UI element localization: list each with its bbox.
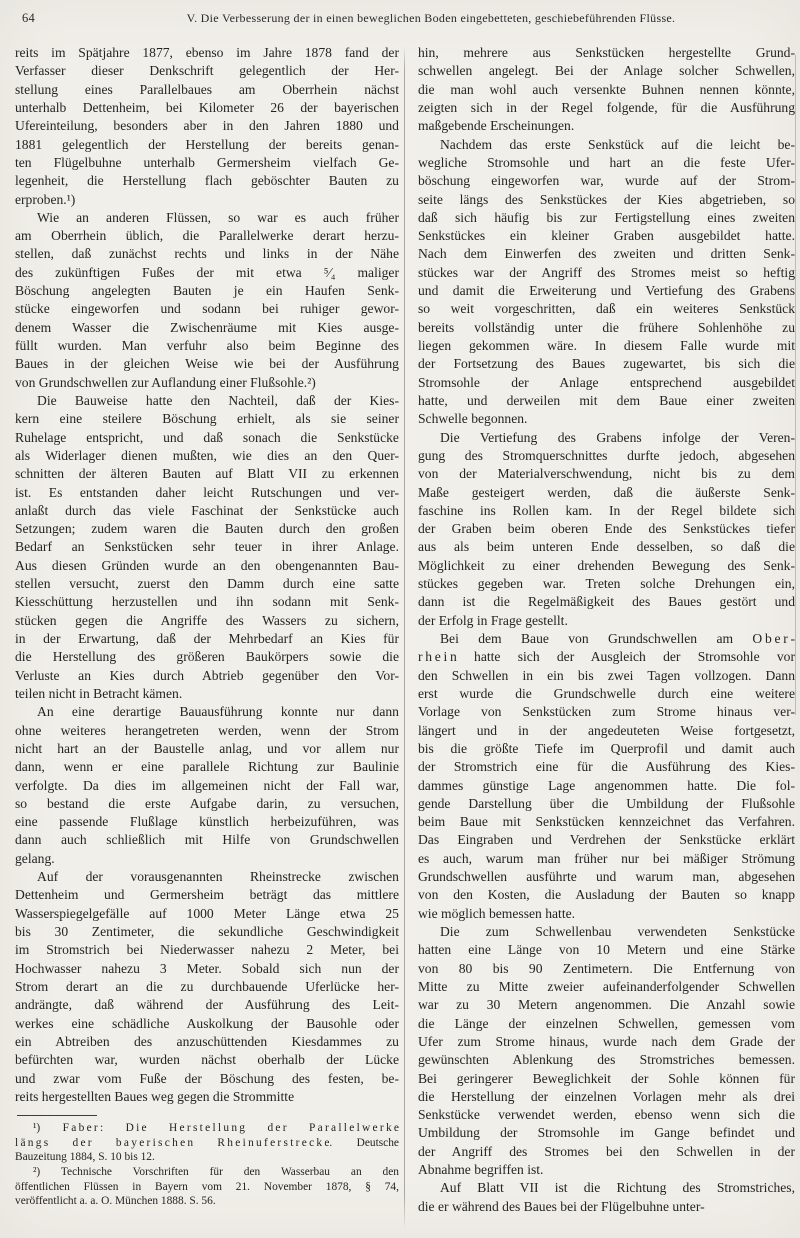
text-line: Kiesschüttung herzustellen und ihn sodan…: [15, 593, 399, 611]
paragraph: Die zum Schwellenbau verwendeten Senkstü…: [418, 923, 795, 1179]
text-line: stückes gegeben war. Treten solche Drehu…: [418, 575, 795, 593]
text-line: dann ist die Regelmäßigkeit des Baues ge…: [418, 593, 795, 611]
text-line: und damit die Erweiterung und Vertiefung…: [418, 282, 795, 300]
text-line: der Erfolg in Frage gestellt.: [418, 612, 795, 630]
left-column-text: reits im Spätjahre 1877, ebenso im Jahre…: [15, 44, 399, 1106]
paragraph: hin, mehrere aus Senkstücken hergestellt…: [418, 44, 795, 136]
text-line: stellung eines Parallelbaues am Oberrhei…: [15, 81, 399, 99]
text-line: erst wurde die Grundschwelle durch eine …: [418, 685, 795, 703]
text-line: Bei dem Baue von Grundschwellen am O b e…: [418, 630, 795, 648]
text-line: aus als beim unteren Ende desselben, so …: [418, 538, 795, 556]
paragraph: Die Bauweise hatte den Nachteil, daß der…: [15, 392, 399, 703]
text-line: Mitte zu Mitte zweier aufeinanderfolgend…: [418, 978, 795, 996]
text-line: ten Flügelbuhne unterhalb Germersheim vi…: [15, 154, 399, 172]
text-line: seite längs des Senkstückes der Kies abg…: [418, 191, 795, 209]
paragraph: Bei dem Baue von Grundschwellen am O b e…: [418, 630, 795, 923]
text-line: Ufer zum Strome hinaus, wurde nach dem G…: [418, 1033, 795, 1051]
column-divider: [404, 46, 405, 1230]
text-line: der Fortsetzung des Baues zugewartet, bi…: [418, 355, 795, 373]
text-line: der Angriff des Stromes bei den Schwelle…: [418, 1143, 795, 1161]
scan-edge-line: [795, 55, 796, 715]
text-line: Verfasser dieser Denkschrift gelegentlic…: [15, 62, 399, 80]
text-line: stücken gegen die Angriffe des Wassers z…: [15, 612, 399, 630]
text-line: Ruhelage entspricht, und daß sonach die …: [15, 429, 399, 447]
text-line: Auf Blatt VII ist die Richtung des Strom…: [418, 1179, 795, 1197]
text-line: die Länge der einzelnen Schwellen, gemes…: [418, 1015, 795, 1033]
text-line: wegliche Stromsohle und hart an die fest…: [418, 154, 795, 172]
right-column: hin, mehrere aus Senkstücken hergestellt…: [418, 44, 795, 1238]
paragraph: Nachdem das erste Senkstück auf die leic…: [418, 136, 795, 429]
text-line: die er während des Baues bei der Flügelb…: [418, 1198, 795, 1216]
text-line: Senkstücke verwendet werden, ebenso wenn…: [418, 1106, 795, 1124]
text-line: teilen nicht in Betracht kämen.: [15, 685, 399, 703]
text-line: Hochwasser nahezu 3 Meter. Sobald sich n…: [15, 960, 399, 978]
text-line: maßgebende Erscheinungen.: [418, 117, 795, 135]
text-line: ohne weiteres herangetreten werden, wenn…: [15, 722, 399, 740]
text-line: kern eine steilere Böschung erhielt, als…: [15, 410, 399, 428]
text-line: war zu 30 Metern angenommen. Die Anzahl …: [418, 996, 795, 1014]
text-line: veröffentlicht a. a. O. München 1888. S.…: [15, 1194, 399, 1209]
text-line: Bauzeitung 1884, S. 10 bis 12.: [15, 1150, 399, 1165]
text-line: r h e i n hatte sich der Ausgleich der S…: [418, 648, 795, 666]
running-head: 64 V. Die Verbesserung der in einen bewe…: [0, 0, 800, 26]
text-line: Grundschwellen ausführte und warum man, …: [418, 868, 795, 886]
paragraph: Auf der vorausgenannten Rheinstrecke zwi…: [15, 868, 399, 1106]
text-line: Wasserspiegelgefälle auf 1000 Meter Läng…: [15, 905, 399, 923]
text-line: stückes war der Angriff des Stromes meis…: [418, 264, 795, 282]
text-line: faschine ins Rollen kam. In der Regel bi…: [418, 502, 795, 520]
text-line: Aus diesen Gründen wurde an den obengena…: [15, 557, 399, 575]
text-line: Bei geringerer Beweglichkeit der Sohle k…: [418, 1070, 795, 1088]
footnote-separator: [17, 1115, 97, 1116]
text-line: ist. Es entstanden daher leicht Rutschun…: [15, 484, 399, 502]
text-line: werkes eine schädliche Auskolkung der Ba…: [15, 1015, 399, 1033]
text-line: beim Baue mit Senkstücken kennzeichnet d…: [418, 813, 795, 831]
text-line: dann, wenn er eine parallele Richtung zu…: [15, 758, 399, 776]
text-line: dann auch schließlich mit Hilfe von Grun…: [15, 831, 399, 849]
text-line: nicht hart an der Baustelle anlag, und v…: [15, 740, 399, 758]
text-line: öffentlichen Flüssen in Bayern vom 21. N…: [15, 1180, 399, 1195]
text-line: als Widerlager dienen mußten, wie dies a…: [15, 447, 399, 465]
text-line: Senkstückes ein kleiner Graben ausgebild…: [418, 227, 795, 245]
text-line: dammes günstige Lage angenommen hatte. D…: [418, 777, 795, 795]
text-block: reits im Spätjahre 1877, ebenso im Jahre…: [15, 44, 795, 1238]
text-line: Die zum Schwellenbau verwendeten Senkstü…: [418, 923, 795, 941]
text-line: füllt wurden. Man verfuhr also beim Begi…: [15, 337, 399, 355]
text-line: in der Erwartung, daß der Mehrbedarf an …: [15, 630, 399, 648]
text-line: Böschung angelegten Bauten je ein Haufen…: [15, 282, 399, 300]
text-line: Die Vertiefung des Grabens infolge der V…: [418, 429, 795, 447]
text-line: den Schwellen in ein bis zwei Tagen voll…: [418, 667, 795, 685]
text-line: am Oberrhein üblich, die Parallelwerke d…: [15, 227, 399, 245]
text-line: Umbildung der Stromsohle im Gange befind…: [418, 1124, 795, 1142]
text-line: An eine derartige Bauausführung konnte n…: [15, 703, 399, 721]
text-line: denem Wasser die Zwischenräume mit Kies …: [15, 319, 399, 337]
text-line: gewünschten Ablenkung des Stromstriches …: [418, 1051, 795, 1069]
right-column-text: hin, mehrere aus Senkstücken hergestellt…: [418, 44, 795, 1216]
page-number: 64: [22, 11, 92, 26]
text-line: Dettenheim und Germersheim beträgt das m…: [15, 886, 399, 904]
text-line: bis die größte Tiefe im Querprofil und d…: [418, 740, 795, 758]
text-line: reits hergestellten Baues weg gegen die …: [15, 1088, 399, 1106]
text-line: von den Kosten, die Ausladung der Bauten…: [418, 886, 795, 904]
text-line: Bedarf an Senkstücken sehr teuer in ihre…: [15, 538, 399, 556]
text-line: wie möglich bemessen hatte.: [418, 905, 795, 923]
text-line: hatte, und derweilen mit dem Baue einer …: [418, 392, 795, 410]
text-line: daß sich häufig bis zur Fertigstellung e…: [418, 209, 795, 227]
text-line: Möglichkeit zu einer drehenden Bewegung …: [418, 557, 795, 575]
chapter-title: V. Die Verbesserung der in einen bewegli…: [92, 11, 770, 26]
text-line: l ä n g s d e r b a y e r i s c h e n R …: [15, 1136, 399, 1151]
text-line: Maße gesteigert werden, daß die äußerste…: [418, 484, 795, 502]
text-line: legenheit, die Herstellung flach gebösch…: [15, 172, 399, 190]
text-line: zeigten sich in der Regel folgende, für …: [418, 99, 795, 117]
text-line: hatten eine Länge von 10 Metern und eine…: [418, 941, 795, 959]
footnotes: ¹) F a b e r : D i e H e r s t e l l u n…: [15, 1121, 399, 1209]
text-line: reits im Spätjahre 1877, ebenso im Jahre…: [15, 44, 399, 62]
text-line: und zwar vom Fuße der Böschung des feste…: [15, 1070, 399, 1088]
text-line: böschung eingeworfen war, wurde auf der …: [418, 172, 795, 190]
paragraph: ¹) F a b e r : D i e H e r s t e l l u n…: [15, 1121, 399, 1165]
text-line: Verluste an Kies durch Abtrieb gegenüber…: [15, 667, 399, 685]
text-line: der Stromstrich eine für die Ausführung …: [418, 758, 795, 776]
text-line: stücke eingeworfen und sodann bei ruhige…: [15, 300, 399, 318]
text-line: schwellen angelegt. Bei der Anlage solch…: [418, 62, 795, 80]
text-line: hin, mehrere aus Senkstücken hergestellt…: [418, 44, 795, 62]
paragraph: Die Vertiefung des Grabens infolge der V…: [418, 429, 795, 630]
text-line: erproben.¹): [15, 191, 399, 209]
text-line: ²) Technische Vorschriften für den Wasse…: [15, 1165, 399, 1180]
text-line: die Herstellung der einzelnen Vorlagen m…: [418, 1088, 795, 1106]
text-line: andrängte, daß während der Ausführung de…: [15, 996, 399, 1014]
text-line: von 80 bis 90 Zentimetern. Die Entfernun…: [418, 960, 795, 978]
text-line: ein Abtreiben des anzuschüttenden Kiesda…: [15, 1033, 399, 1051]
text-line: Nach dem Einwerfen des zweiten und dritt…: [418, 245, 795, 263]
paragraph: An eine derartige Bauausführung konnte n…: [15, 703, 399, 868]
text-line: Setzungen; zudem waren die Bauten durch …: [15, 520, 399, 538]
text-line: liegen gekommen wäre. In diesem Falle wu…: [418, 337, 795, 355]
paragraph: ²) Technische Vorschriften für den Wasse…: [15, 1165, 399, 1209]
text-line: die man wohl auch versenkte Buhnen nenne…: [418, 81, 795, 99]
text-line: des zukünftigen Fußes der mit etwa ⁵⁄₄ m…: [15, 264, 399, 282]
text-line: eine passende Flußlage künstlich herbeiz…: [15, 813, 399, 831]
text-line: so weit vorgeschritten, daß ein weiteres…: [418, 300, 795, 318]
text-line: verfolgte. Da dies im allgemeinen nicht …: [15, 777, 399, 795]
text-line: Vorlage von Senkstücken zum Strome hinau…: [418, 703, 795, 721]
text-line: schnitten der älteren Bauten auf Blatt V…: [15, 465, 399, 483]
text-line: Strom derart an die zu durchbauende Ufer…: [15, 978, 399, 996]
text-line: Abnahme begriffen ist.: [418, 1161, 795, 1179]
text-line: gende Darstellung über die Umbildung der…: [418, 795, 795, 813]
text-line: Baues in der gleichen Weise wie bei der …: [15, 355, 399, 373]
text-line: längert und in der angedeuteten Weise fo…: [418, 722, 795, 740]
text-line: stellen versucht, zuerst den Damm durch …: [15, 575, 399, 593]
text-line: bereits vollständig unter die frühere So…: [418, 319, 795, 337]
text-line: unterhalb Dettenheim, bei Kilometer 26 d…: [15, 99, 399, 117]
paragraph: Wie an anderen Flüssen, so war es auch f…: [15, 209, 399, 392]
text-line: befürchten war, wurden nächst oberhalb d…: [15, 1051, 399, 1069]
book-page: 64 V. Die Verbesserung der in einen bewe…: [0, 0, 800, 1238]
text-line: die Herstellung des größeren Baukörpers …: [15, 648, 399, 666]
text-line: ¹) F a b e r : D i e H e r s t e l l u n…: [15, 1121, 399, 1136]
text-line: so bestand die erste Aufgabe darin, zu v…: [15, 795, 399, 813]
text-line: Die Bauweise hatte den Nachteil, daß der…: [15, 392, 399, 410]
text-line: Nachdem das erste Senkstück auf die leic…: [418, 136, 795, 154]
text-line: bis 30 Zentimeter, die sekundliche Gesch…: [15, 923, 399, 941]
text-line: Auf der vorausgenannten Rheinstrecke zwi…: [15, 868, 399, 886]
text-line: gelang.: [15, 850, 399, 868]
text-line: im Stromstrich bei Niederwasser nahezu 2…: [15, 941, 399, 959]
text-line: von Grundschwellen zur Auflandung einer …: [15, 374, 399, 392]
text-line: der Graben beim oberen Ende des Senkstüc…: [418, 520, 795, 538]
paragraph: reits im Spätjahre 1877, ebenso im Jahre…: [15, 44, 399, 209]
text-line: Wie an anderen Flüssen, so war es auch f…: [15, 209, 399, 227]
text-line: Stromsohle der Anlage entsprechend ausge…: [418, 374, 795, 392]
text-line: von der Materialverschwendung, nicht bis…: [418, 465, 795, 483]
text-line: 1881 gelegentlich der Herstellung der be…: [15, 136, 399, 154]
text-line: anlaßt durch das viele Faschinat der Sen…: [15, 502, 399, 520]
text-line: es auch, warum man früher nur bei mäßige…: [418, 850, 795, 868]
text-line: Das Eingraben und Verdrehen der Senkstüc…: [418, 831, 795, 849]
text-line: Schwelle begonnen.: [418, 410, 795, 428]
text-line: Ufereinteilung, besonders aber in den Ja…: [15, 117, 399, 135]
text-line: gung des Stromquerschnittes durfte jedoc…: [418, 447, 795, 465]
left-column: reits im Spätjahre 1877, ebenso im Jahre…: [15, 44, 399, 1238]
paragraph: Auf Blatt VII ist die Richtung des Strom…: [418, 1179, 795, 1216]
text-line: stellen, daß zunächst rechts und links i…: [15, 245, 399, 263]
